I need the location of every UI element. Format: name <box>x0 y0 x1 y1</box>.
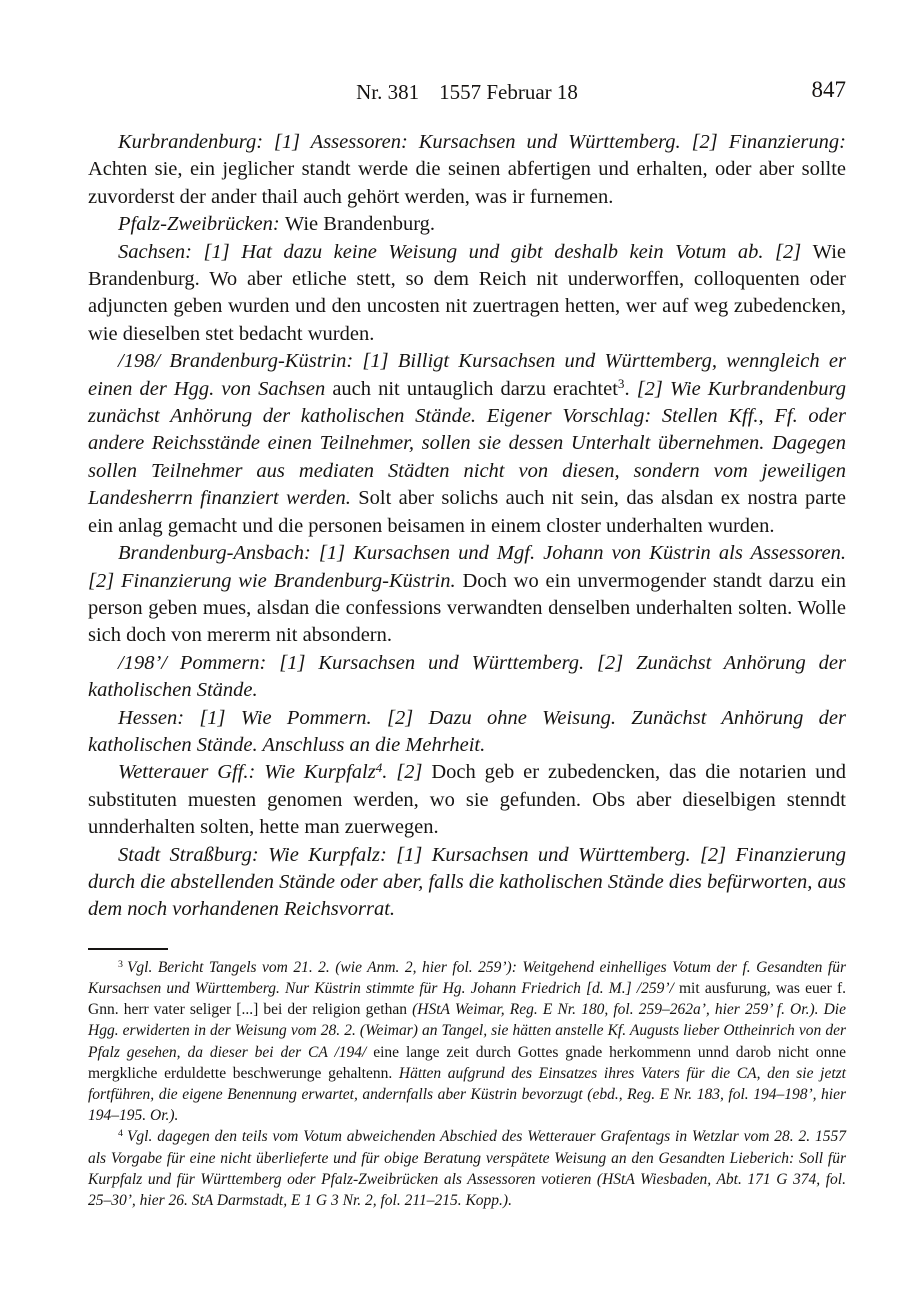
paragraph: /198/ Brandenburg-Küstrin: [1] Billigt K… <box>88 348 846 540</box>
page-content: Nr. 3811557 Februar 18 847 Kurbrandenbur… <box>88 80 846 1211</box>
text-run: Pfalz-Zweibrücken: <box>118 213 285 235</box>
footnote-marker: 3 <box>118 959 123 970</box>
page-number: 847 <box>812 78 847 102</box>
running-head-date: 1557 Februar 18 <box>439 80 578 104</box>
paragraph: Sachsen: [1] Hat dazu keine Weisung und … <box>88 239 846 349</box>
paragraph: /198’/ Pommern: [1] Kursachsen und Württ… <box>88 650 846 705</box>
footnote-separator <box>88 948 168 950</box>
paragraph: Hessen: [1] Wie Pommern. [2] Dazu ohne W… <box>88 705 846 760</box>
document-body: Kurbrandenburg: [1] Assessoren: Kursachs… <box>88 129 846 924</box>
text-run: Kurbrandenburg: [1] Assessoren: Kursachs… <box>118 131 846 153</box>
text-run: 4 <box>376 760 383 775</box>
text-run: Sachsen: [1] Hat dazu keine Weisung und … <box>118 241 813 263</box>
paragraph: Pfalz-Zweibrücken: Wie Brandenburg. <box>88 211 846 238</box>
paragraph: Stadt Straßburg: Wie Kurpfalz: [1] Kursa… <box>88 842 846 924</box>
paragraph: Kurbrandenburg: [1] Assessoren: Kursachs… <box>88 129 846 211</box>
text-run: Stadt Straßburg: Wie Kurpfalz: [1] Kursa… <box>88 844 846 921</box>
paragraph: Wetterauer Gff.: Wie Kurpfalz4. [2] Doch… <box>88 759 846 841</box>
running-head-doc-number: Nr. 381 <box>356 80 419 104</box>
book-page: Nr. 3811557 Februar 18 847 Kurbrandenbur… <box>0 0 900 1300</box>
footnote: 4Vgl. dagegen den teils vom Votum abweic… <box>88 1126 846 1211</box>
text-run: Vgl. dagegen den teils vom Votum abweich… <box>88 1128 846 1209</box>
text-run: . [2] <box>382 761 431 783</box>
footnotes: 3Vgl. Bericht Tangels vom 21. 2. (wie An… <box>88 957 846 1211</box>
text-run: Hessen: [1] Wie Pommern. [2] Dazu ohne W… <box>88 707 846 756</box>
text-run: auch nit untauglich darzu erachtet <box>332 378 618 400</box>
footnote-marker: 4 <box>118 1128 123 1139</box>
running-head-center: Nr. 3811557 Februar 18 <box>88 80 846 104</box>
text-run: Achten sie, ein jeglicher standt werde d… <box>88 158 846 207</box>
text-run: Wie Brandenburg. <box>285 213 435 235</box>
running-head: Nr. 3811557 Februar 18 847 <box>88 80 846 104</box>
text-run: Wetterauer Gff.: Wie Kurpfalz <box>118 761 376 783</box>
text-run: /198’/ Pommern: [1] Kursachsen und Württ… <box>88 652 846 701</box>
paragraph: Brandenburg-Ansbach: [1] Kursachsen und … <box>88 540 846 650</box>
text-run: 3 <box>618 376 625 391</box>
footnote: 3Vgl. Bericht Tangels vom 21. 2. (wie An… <box>88 957 846 1127</box>
text-run: . <box>624 378 636 400</box>
